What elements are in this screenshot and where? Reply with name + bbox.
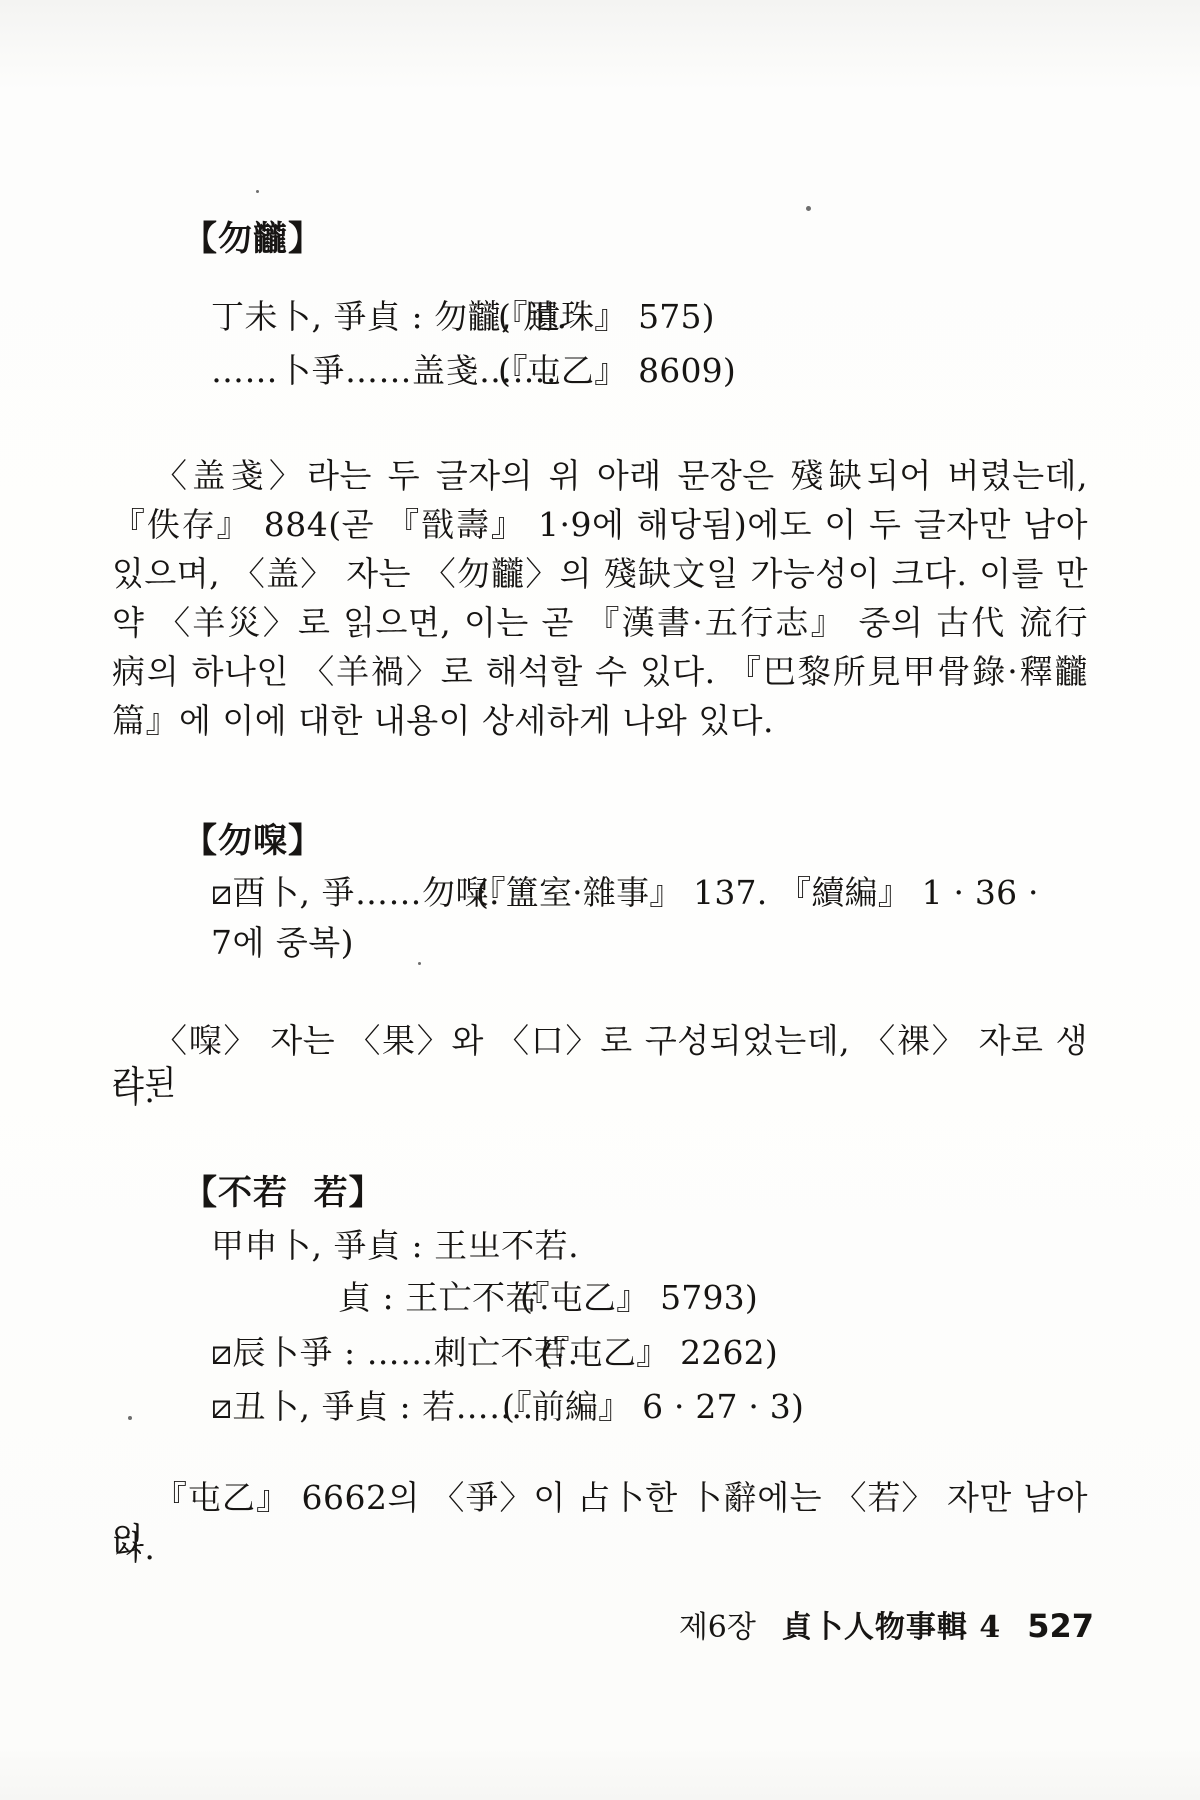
citation: (『屯乙』 5793)	[520, 1277, 758, 1319]
section-heading-2: 【勿㘀】	[183, 820, 323, 862]
scan-speckle	[256, 190, 259, 193]
oracle-query-text: ⧄辰卜爭 : ……刺亡不若.	[211, 1332, 579, 1374]
paragraph-line: 『佚存』 884(곧 『戩壽』 1·9에 해당됨)에도 이 두 글자만 남아	[112, 504, 1088, 546]
scan-speckle	[806, 206, 811, 211]
footer-book-title: 貞卜人物事輯 4	[782, 1602, 1001, 1646]
section-heading-3: 【不若 若】	[183, 1172, 384, 1214]
paragraph-line: 病의 하나인 〈羊禍〉로 해석할 수 있다. 『巴黎所見甲骨錄·釋龖	[112, 651, 1088, 693]
oracle-query-text: 甲申卜, 爭貞 : 王㞢不若.	[211, 1225, 579, 1267]
scan-speckle	[128, 1416, 132, 1420]
oracle-query-text: ⧄酉卜, 爭……勿㘀.	[211, 872, 500, 914]
paragraph-line: 있으며, 〈盖〉 자는 〈勿龖〉의 殘缺文일 가능성이 크다. 이를 만	[112, 553, 1088, 595]
footer-chapter-label: 제6장	[679, 1602, 756, 1646]
paragraph-line: 〈㘀〉 자는 〈果〉와 〈口〉로 구성되었는데, 〈祼〉 자로 생각된	[112, 1020, 1088, 1104]
citation: (『屯乙』 8609)	[498, 350, 736, 392]
scan-speckle	[418, 962, 421, 965]
paragraph-line: 다.	[112, 1070, 155, 1112]
paragraph-line: 〈盖戔〉라는 두 글자의 위 아래 문장은 殘缺되어 버렸는데,	[112, 455, 1088, 497]
section-heading-1: 【勿龖】	[183, 218, 323, 260]
citation: (『簠室·雜事』 137. 『續編』 1 · 36 ·	[476, 872, 1039, 914]
citation: (『前編』 6 · 27 · 3)	[502, 1386, 804, 1428]
citation: (『屯乙』 2262)	[540, 1332, 778, 1374]
citation-continuation: 7에 중복)	[211, 922, 354, 964]
citation: (『遺珠』 575)	[498, 296, 715, 338]
oracle-query-text: 貞 : 王亡不若.	[338, 1277, 550, 1319]
paragraph-line: 篇』에 이에 대한 내용이 상세하게 나와 있다.	[112, 700, 774, 742]
scanned-book-page: 【勿龖】 丁未卜, 爭貞 : 勿龖, 用. (『遺珠』 575) ……卜爭……盖…	[0, 0, 1200, 1800]
oracle-query-text: ⧄丑卜, 爭貞 : 若…….	[211, 1386, 534, 1428]
page-footer: 제6장 貞卜人物事輯 4 527	[679, 1602, 1094, 1646]
paragraph-line: 다.	[112, 1527, 155, 1569]
paragraph-line: 약 〈羊災〉로 읽으면, 이는 곧 『漢書·五行志』 중의 古代 流行	[112, 602, 1088, 644]
paragraph-line: 『屯乙』 6662의 〈爭〉이 占卜한 卜辭에는 〈若〉 자만 남아 있	[112, 1477, 1088, 1561]
footer-page-number: 527	[1027, 1607, 1094, 1645]
